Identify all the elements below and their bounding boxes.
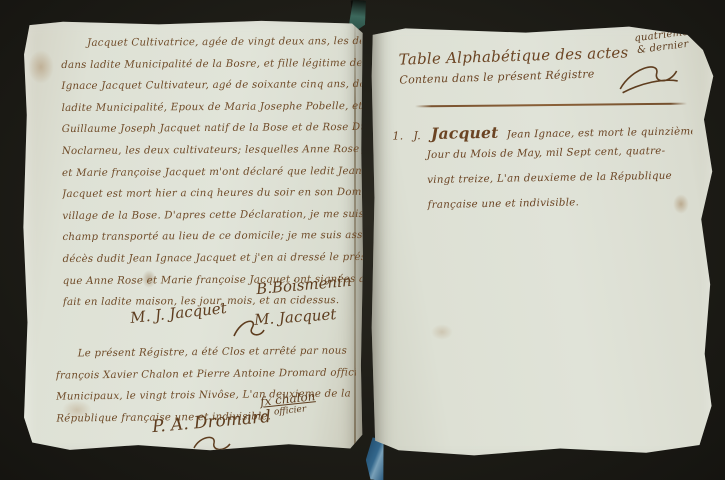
closing-line: Le présent Régistre, a été Clos et arrêt… [56,340,356,365]
act-line: et Marie françoise Jacquet m'ont déclaré… [62,161,362,185]
act-line: Jacquet Cultivatrice, agée de vingt deux… [61,31,361,55]
act-line: dans ladite Municipalité de la Bosre, et… [61,53,361,77]
paraph-flourish-icon [228,316,268,342]
act-line: Jacquet est mort hier a cinq heures du s… [62,182,362,206]
entry-text-line: vingt treize, L'an deuxieme de la Républ… [427,163,693,193]
paraph-flourish-icon [190,434,234,456]
table-entry-jacquet: 1. J. Jacquet Jean Ignace, est mort le q… [392,119,694,218]
entry-number: 1. [392,129,403,142]
act-line: décès dudit Jean Ignace Jacquet et j'en … [63,247,363,271]
table-title: Table Alphabétique des actes Contenu dan… [398,40,629,89]
header-rule [415,103,687,108]
act-line: Noclarneu, les deux cultivateurs; lesque… [62,139,362,163]
folio-corner-note: quatrième & dernier [633,27,690,57]
act-line: champ transporté au lieu de ce domicile;… [62,225,362,249]
entry-letter: J. [413,129,421,142]
act-line: Ignace Jacquet Cultivateur, agé de soixa… [61,74,361,98]
register-scan: Jacquet Cultivatrice, agée de vingt deux… [0,0,725,480]
closing-line: françois Xavier Chalon et Pierre Antoine… [56,362,356,387]
paper-stain [28,50,54,84]
left-page: Jacquet Cultivatrice, agée de vingt deux… [22,20,364,452]
paper-stain [431,324,453,340]
entry-surname: Jacquet [431,123,499,143]
act-line: village de la Bose. D'apres cette Déclar… [62,204,362,228]
act-line: Guillaume Joseph Jacquet natif de la Bos… [62,117,362,141]
entry-text-line: française une et indivisible. [427,188,693,218]
act-line: ladite Municipalité, Epoux de Maria Jose… [61,96,361,120]
death-act-text: Jacquet Cultivatrice, agée de vingt deux… [61,31,363,314]
right-page: quatrième & dernier Table Alphabétique d… [371,24,715,458]
